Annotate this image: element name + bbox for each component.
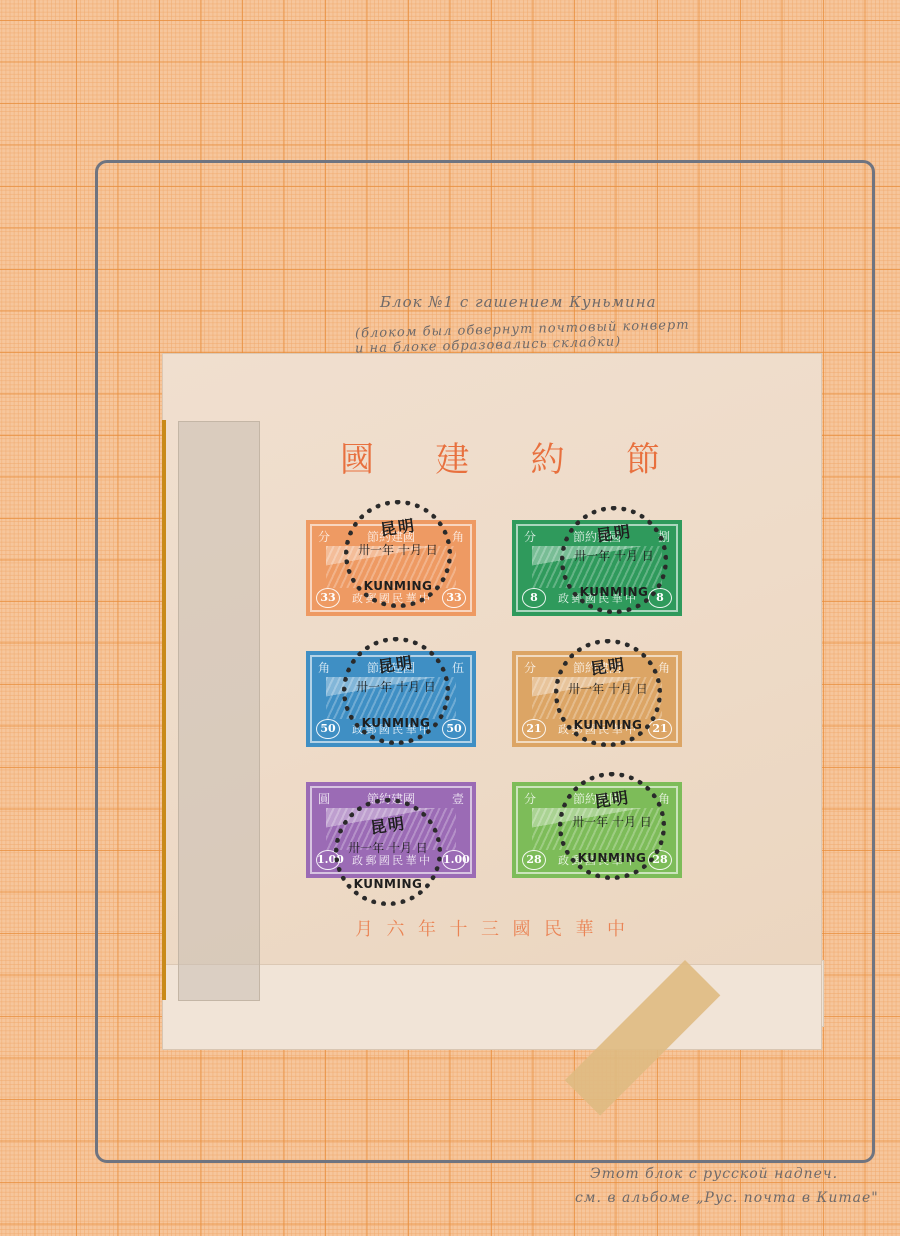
annotation-footnote-line-1: Этот блок с русской надпеч. (590, 1166, 838, 1182)
stamp-denomination-unit: 圓 (318, 790, 330, 806)
kunming-postmark: 昆明卅一年 十月 日KUNMING (560, 506, 668, 614)
stamp-value-right: 50 (442, 719, 466, 739)
stamp-denomination-word: 角 (452, 528, 464, 544)
stamp-value-right: 1.00 (442, 850, 466, 870)
stamp-denomination-unit: 角 (318, 659, 330, 675)
kunming-postmark: 昆明卅一年 十月 日KUNMING (554, 639, 662, 747)
title-char: 節 (626, 432, 660, 481)
kunming-postmark: 昆明卅一年 十月 日KUNMING (558, 772, 666, 880)
postmark-city-latin: KUNMING (339, 877, 437, 891)
stamp-value-left: 8 (522, 588, 546, 608)
stamp-denomination-word: 伍 (452, 659, 464, 675)
title-char: 建 (435, 432, 469, 481)
stamp-denomination-word: 壹 (452, 790, 464, 806)
kunming-postmark: 昆明卅一年 十月 日KUNMING (342, 637, 450, 745)
postmark-city-chinese: 昆明 (346, 645, 446, 681)
date-char: 年 (418, 915, 436, 941)
postmark-date: 卅一年 十月 日 (565, 547, 663, 564)
postmark-city-chinese: 昆明 (562, 780, 662, 816)
postmark-city-latin: KUNMING (565, 585, 663, 599)
stamp-value-left: 21 (522, 719, 546, 739)
stamp-denomination-word: 角 (658, 659, 670, 675)
date-char: 國 (513, 915, 531, 941)
kunming-postmark: 昆明卅一年 十月 日KUNMING (334, 798, 442, 906)
date-char: 三 (481, 915, 499, 941)
lower-fold-paper (162, 960, 822, 1050)
stamp-denomination-unit: 分 (524, 659, 536, 675)
postmark-date: 卅一年 十月 日 (559, 680, 657, 697)
sheet-title: 國 建 約 節 (340, 432, 660, 481)
sheet-date-inscription: 月 六 年 十 三 國 民 華 中 (355, 915, 625, 941)
postmark-date: 卅一年 十月 日 (339, 839, 437, 856)
title-char: 國 (340, 432, 374, 481)
postmark-city-latin: KUNMING (559, 718, 657, 732)
date-char: 中 (607, 915, 625, 941)
postmark-date: 卅一年 十月 日 (347, 678, 445, 695)
date-char: 月 (355, 915, 373, 941)
postmark-city-latin: KUNMING (563, 851, 661, 865)
stamp-denomination-unit: 分 (524, 528, 536, 544)
glassine-hinge (178, 421, 260, 1001)
postmark-city-chinese: 昆明 (348, 508, 448, 544)
date-char: 十 (450, 915, 468, 941)
postmark-date: 卅一年 十月 日 (563, 813, 661, 830)
annotation-title: Блок №1 с гашением Куньмина (380, 293, 657, 311)
stamp-value-left: 33 (316, 588, 340, 608)
stamp-denomination-unit: 分 (524, 790, 536, 806)
stamp-value-left: 28 (522, 850, 546, 870)
annotation-footnote-line-2: см. в альбоме „Рус. почта в Китае" (575, 1190, 879, 1206)
date-char: 民 (544, 915, 562, 941)
title-char: 約 (531, 432, 565, 481)
postmark-city-chinese: 昆明 (564, 514, 664, 550)
stamp-denomination-unit: 分 (318, 528, 330, 544)
postmark-city-chinese: 昆明 (558, 647, 658, 683)
date-char: 六 (387, 915, 405, 941)
postmark-city-latin: KUNMING (347, 716, 445, 730)
kunming-postmark: 昆明卅一年 十月 日KUNMING (344, 500, 452, 608)
postmark-city-latin: KUNMING (349, 579, 447, 593)
postmark-date: 卅一年 十月 日 (349, 541, 447, 558)
postmark-city-chinese: 昆明 (338, 806, 438, 842)
date-char: 華 (576, 915, 594, 941)
glue-stain (162, 420, 166, 1000)
stamp-value-left: 50 (316, 719, 340, 739)
